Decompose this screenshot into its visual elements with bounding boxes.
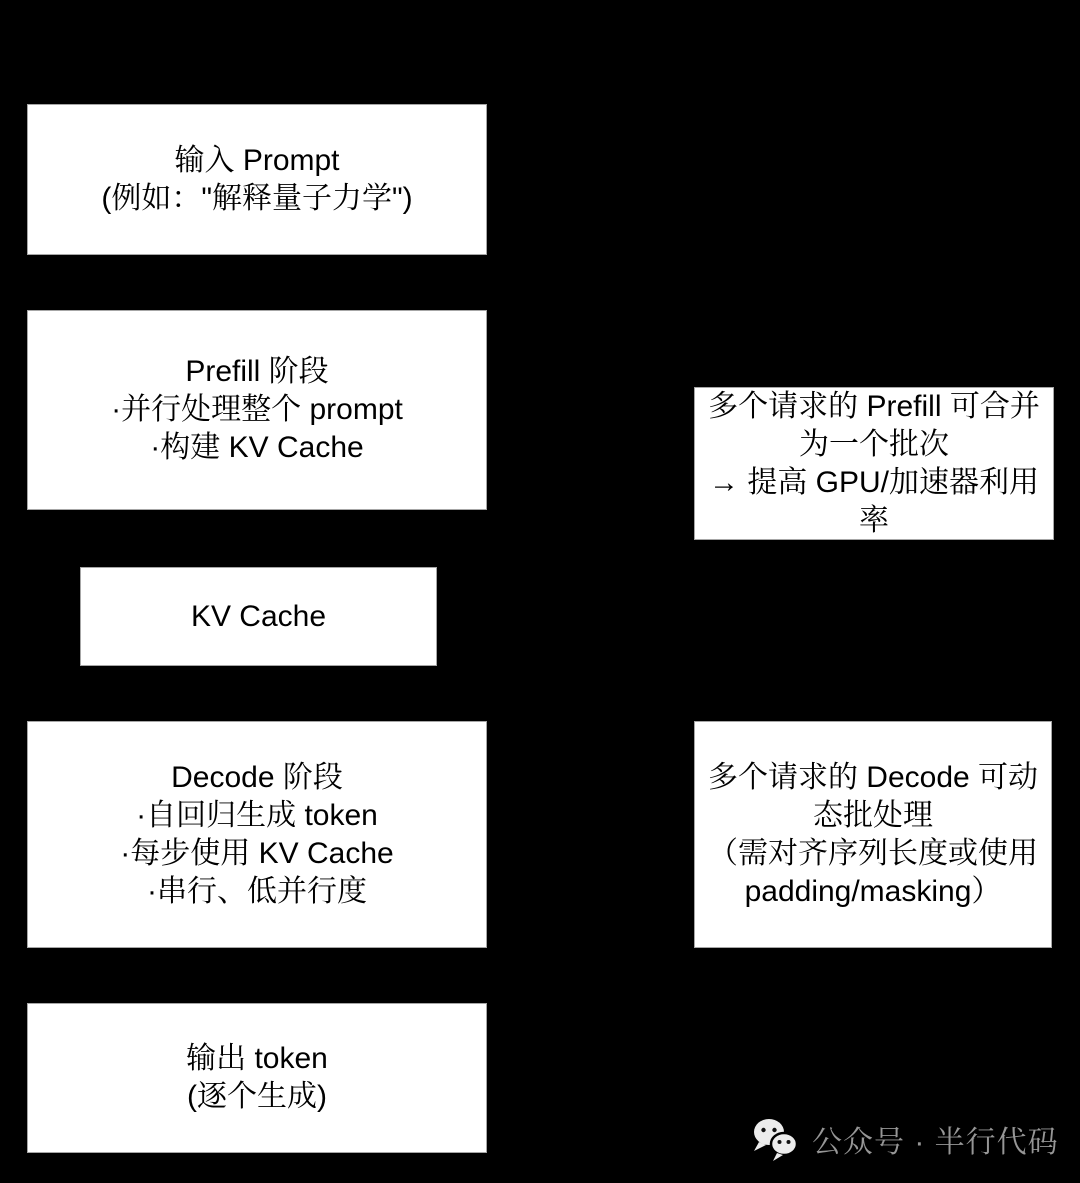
node-text-line: 输入 Prompt — [174, 142, 339, 180]
node-text-line: padding/masking） — [745, 873, 1002, 911]
node-text-line: → 提高 GPU/加速器利用 — [709, 464, 1039, 502]
node-text-line: ·构建 KV Cache — [150, 429, 363, 467]
node-text-line: (例如："解释量子力学") — [101, 180, 412, 218]
node-text-line: 输出 token — [186, 1040, 328, 1078]
node-text-line: Prefill 阶段 — [185, 353, 328, 391]
wechat-branding: 公众号 · 半行代码 — [750, 1114, 1059, 1164]
node-text-line: 态批处理 — [813, 797, 933, 835]
diagram-canvas: 输入 Prompt (例如："解释量子力学") Prefill 阶段 ·并行处理… — [0, 0, 1080, 1183]
annotation-decode-batching: 多个请求的 Decode 可动 态批处理 （需对齐序列长度或使用 padding… — [694, 721, 1052, 948]
node-text-line: Decode 阶段 — [171, 759, 343, 797]
node-text-line: ·并行处理整个 prompt — [111, 391, 403, 429]
node-text-line: ·每步使用 KV Cache — [120, 835, 393, 873]
wechat-icon — [750, 1116, 802, 1162]
node-decode-stage: Decode 阶段 ·自回归生成 token ·每步使用 KV Cache ·串… — [27, 721, 487, 948]
node-input-prompt: 输入 Prompt (例如："解释量子力学") — [27, 104, 487, 255]
node-text-line: 为一个批次 — [799, 426, 949, 464]
node-text-line: 多个请求的 Prefill 可合并 — [708, 388, 1040, 426]
node-kv-cache: KV Cache — [80, 567, 437, 666]
node-text-line: (逐个生成) — [187, 1078, 327, 1116]
node-text-line: ·串行、低并行度 — [147, 873, 367, 911]
node-text-line: KV Cache — [191, 598, 326, 636]
node-output-token: 输出 token (逐个生成) — [27, 1003, 487, 1153]
node-text-line: 率 — [859, 502, 889, 540]
brand-text: 公众号 · 半行代码 — [812, 1117, 1059, 1161]
node-text-line: （需对齐序列长度或使用 — [708, 835, 1038, 873]
node-text-line: ·自回归生成 token — [136, 797, 378, 835]
node-prefill-stage: Prefill 阶段 ·并行处理整个 prompt ·构建 KV Cache — [27, 310, 487, 510]
annotation-prefill-batching: 多个请求的 Prefill 可合并 为一个批次 → 提高 GPU/加速器利用 率 — [694, 387, 1054, 540]
node-text-line: 多个请求的 Decode 可动 — [708, 759, 1038, 797]
